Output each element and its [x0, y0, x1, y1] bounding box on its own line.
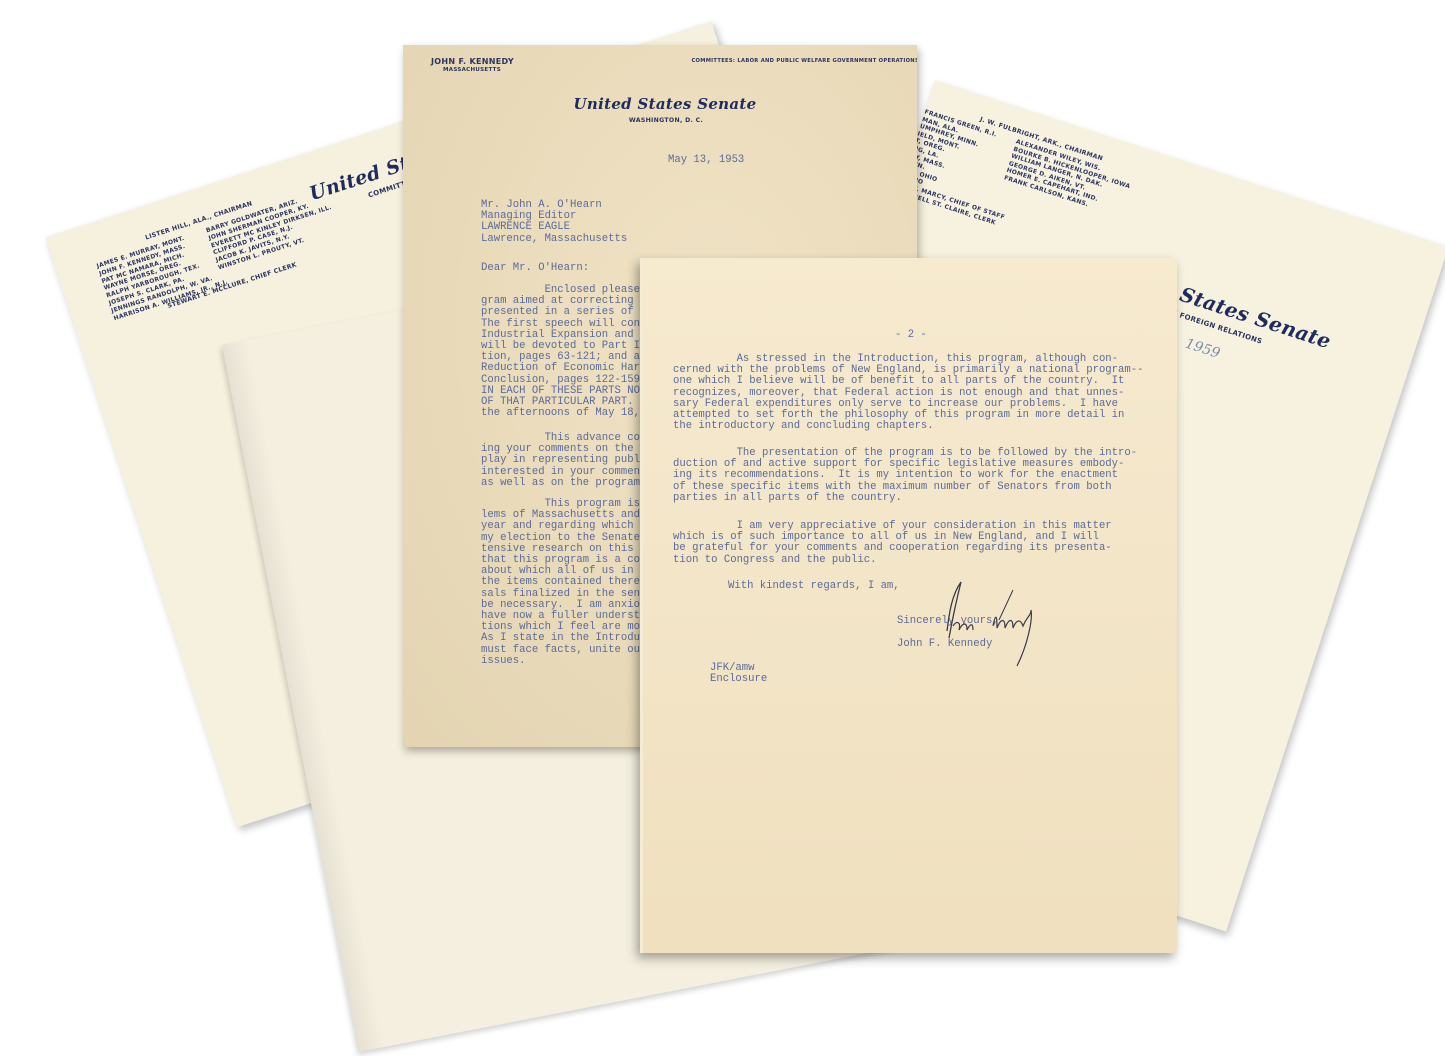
sender-name: JOHN F. KENNEDY — [431, 57, 514, 66]
body-paragraph: I am very appreciative of your considera… — [673, 521, 1112, 566]
closing-line: With kindest regards, I am, — [728, 581, 900, 592]
letterhead-city: WASHINGTON, D. C. — [403, 117, 917, 124]
letter-date: May 13, 1953 — [668, 155, 744, 166]
recipient-address: Mr. John A. O'Hearn Managing Editor LAWR… — [481, 200, 627, 245]
body-paragraph: This program is the lems of Massachusett… — [481, 499, 665, 667]
salutation: Dear Mr. O'Hearn: — [481, 263, 589, 274]
sender-state: MASSACHUSETTS — [443, 66, 514, 75]
body-paragraph: The presentation of the program is to be… — [673, 448, 1137, 504]
senate-letterhead: United States Senate — [403, 95, 917, 113]
signature-icon — [913, 576, 1053, 676]
committee-assignments: COMMITTEES: LABOR AND PUBLIC WELFARE GOV… — [691, 57, 917, 65]
typist-initials: JFK/amw Enclosure — [710, 663, 767, 685]
page-number: - 2 - — [895, 330, 927, 341]
body-paragraph: As stressed in the Introduction, this pr… — [673, 354, 1143, 432]
letter-page-two-1953: - 2 - As stressed in the Introduction, t… — [640, 258, 1177, 953]
sender-block: JOHN F. KENNEDY MASSACHUSETTS — [431, 57, 514, 75]
